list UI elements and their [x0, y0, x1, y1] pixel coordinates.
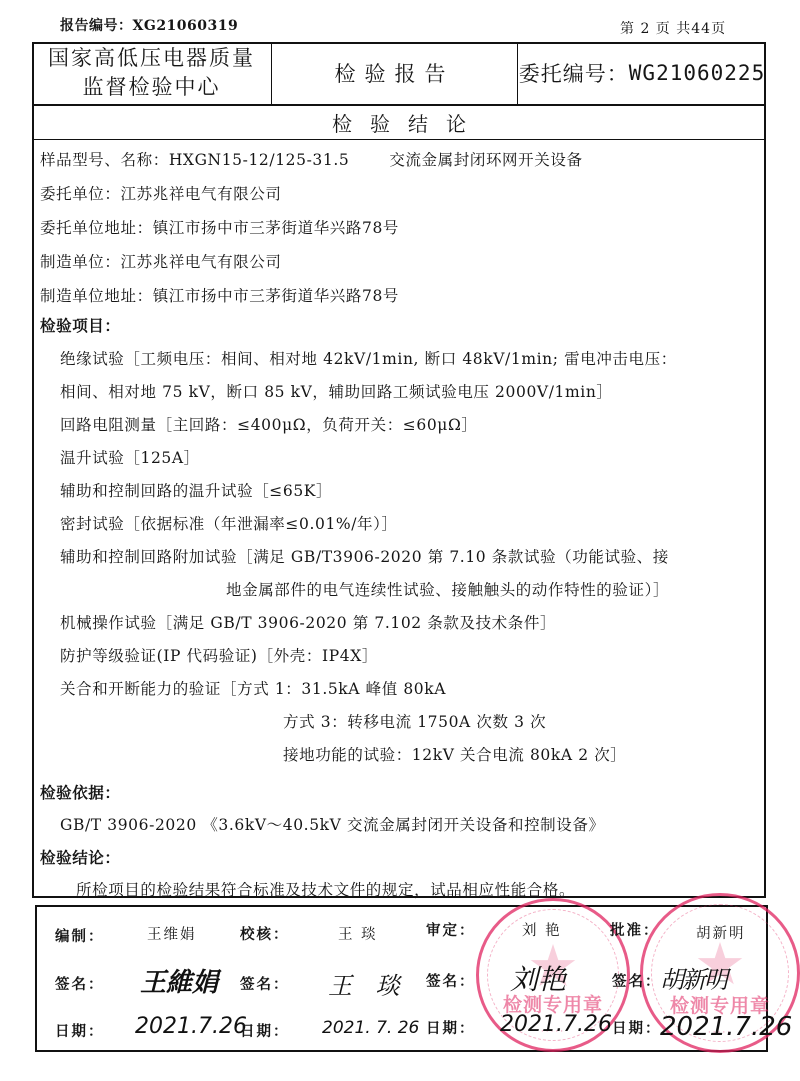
checked-name: 王 琰 — [338, 923, 378, 944]
approved-name: 胡新明 — [696, 922, 746, 943]
client-row: 委托单位：江苏兆祥电气有限公司 — [40, 182, 282, 204]
organization-cell: 国家高低压电器质量 监督检验中心 — [32, 42, 272, 104]
signature-approved: 胡新明 — [660, 960, 726, 995]
basis-text: GB/T 3906-2020 《3.6kV～40.5kV 交流金属封闭开关设备和… — [60, 813, 605, 835]
test-item-line: 防护等级验证(IP 代码验证)［外壳：IP4X］ — [60, 644, 378, 666]
reviewed-name: 刘 艳 — [522, 919, 562, 940]
test-item-line: 地金属部件的电气连续性试验、接触触头的动作特性的验证）］ — [226, 578, 669, 600]
sign-label: 签名： — [612, 970, 662, 991]
maker-address-row: 制造单位地址：镇江市扬中市三茅街道华兴路78号 — [40, 284, 399, 306]
client-address-label: 委托单位地址： — [40, 219, 153, 237]
test-item-line: 接地功能的试验：12kV 关合电流 80kA 2 次］ — [283, 743, 626, 765]
sign-label: 签名： — [240, 973, 290, 994]
sample-name: 交流金属封闭环网开关设备 — [389, 151, 582, 169]
maker-address-value: 镇江市扬中市三茅街道华兴路78号 — [153, 287, 399, 305]
basis-heading: 检验依据： — [40, 781, 121, 803]
report-number-label: 报告编号： — [60, 18, 133, 34]
sample-model: HXGN15-12/125-31.5 — [169, 151, 350, 169]
document-title: 检验报告 — [272, 42, 518, 104]
organization-line-1: 国家高低压电器质量 — [48, 44, 255, 73]
header-row: 国家高低压电器质量 监督检验中心 检验报告 委托编号：WG21060225 — [32, 42, 766, 106]
checked-label: 校核： — [240, 923, 290, 944]
reviewed-label: 审定： — [426, 919, 476, 940]
signature-checked: 王 琰 — [328, 966, 408, 1001]
report-number-value: XG21060319 — [133, 18, 239, 34]
date-label: 日期： — [55, 1020, 105, 1041]
signature-compiled: 王維娟 — [140, 962, 218, 999]
sign-label: 签名： — [55, 973, 105, 994]
client-address-value: 镇江市扬中市三茅街道华兴路78号 — [153, 219, 399, 237]
client-label: 委托单位： — [40, 185, 121, 203]
report-number: 报告编号：XG21060319 — [60, 15, 238, 35]
date-compiled: 2021.7.26 — [135, 1014, 247, 1039]
test-item-line: 辅助和控制回路的温升试验［≤65K］ — [60, 479, 332, 501]
client-value: 江苏兆祥电气有限公司 — [121, 185, 282, 203]
maker-row: 制造单位：江苏兆祥电气有限公司 — [40, 250, 282, 272]
maker-value: 江苏兆祥电气有限公司 — [121, 253, 282, 271]
organization-line-2: 监督检验中心 — [83, 73, 221, 102]
maker-address-label: 制造单位地址： — [40, 287, 153, 305]
test-items-heading: 检验项目： — [40, 314, 121, 336]
approved-label: 批准： — [610, 919, 660, 940]
conclusion-heading: 检验结论： — [40, 846, 121, 868]
maker-label: 制造单位： — [40, 253, 121, 271]
test-item-line: 关合和开断能力的验证［方式 1：31.5kA 峰值 80kA — [60, 677, 446, 699]
test-item-line: 温升试验［125A］ — [60, 446, 200, 468]
test-item-line: 机械操作试验［满足 GB/T 3906-2020 第 7.102 条款及技术条件… — [60, 611, 556, 633]
compiled-name: 王维娟 — [147, 923, 197, 944]
commission-number: WG21060225 — [629, 61, 765, 85]
test-item-line: 辅助和控制回路附加试验［满足 GB/T3906-2020 第 7.10 条款试验… — [60, 545, 669, 567]
report-frame — [32, 42, 766, 898]
page-indicator: 第 2 页 共44页 — [620, 18, 726, 38]
test-item-line: 方式 3：转移电流 1750A 次数 3 次 — [283, 710, 546, 732]
sample-row: 样品型号、名称：HXGN15-12/125-31.5交流金属封闭环网开关设备 — [40, 148, 583, 170]
commission-cell: 委托编号：WG21060225 — [518, 42, 766, 104]
client-address-row: 委托单位地址：镇江市扬中市三茅街道华兴路78号 — [40, 216, 399, 238]
signature-reviewed: 刘艳 — [510, 958, 566, 998]
commission-label: 委托编号： — [519, 58, 629, 88]
conclusion-text: 所检项目的检验结果符合标准及技术文件的规定，试品相应性能合格。 — [76, 878, 575, 900]
date-label: 日期： — [240, 1020, 290, 1041]
compiled-label: 编制： — [55, 925, 105, 946]
date-label: 日期： — [426, 1017, 476, 1038]
date-label: 日期： — [612, 1017, 662, 1038]
date-approved: 2021.7.26 — [660, 1012, 792, 1042]
sign-label: 签名： — [426, 970, 476, 991]
sample-label: 样品型号、名称： — [40, 151, 169, 169]
test-item-line: 回路电阻测量［主回路：≤400μΩ，负荷开关：≤60μΩ］ — [60, 413, 478, 435]
test-item-line: 相间、相对地 75 kV，断口 85 kV，辅助回路工频试验电压 2000V/1… — [60, 380, 613, 402]
section-title: 检验结论 — [32, 106, 766, 140]
date-reviewed: 2021.7.26 — [500, 1012, 612, 1037]
date-checked: 2021. 7. 26 — [322, 1018, 419, 1038]
test-item-line: 绝缘试验［工频电压：相间、相对地 42kV/1min, 断口 48kV/1min… — [60, 347, 677, 369]
test-item-line: 密封试验［依据标准（年泄漏率≤0.01%/年）］ — [60, 512, 398, 534]
